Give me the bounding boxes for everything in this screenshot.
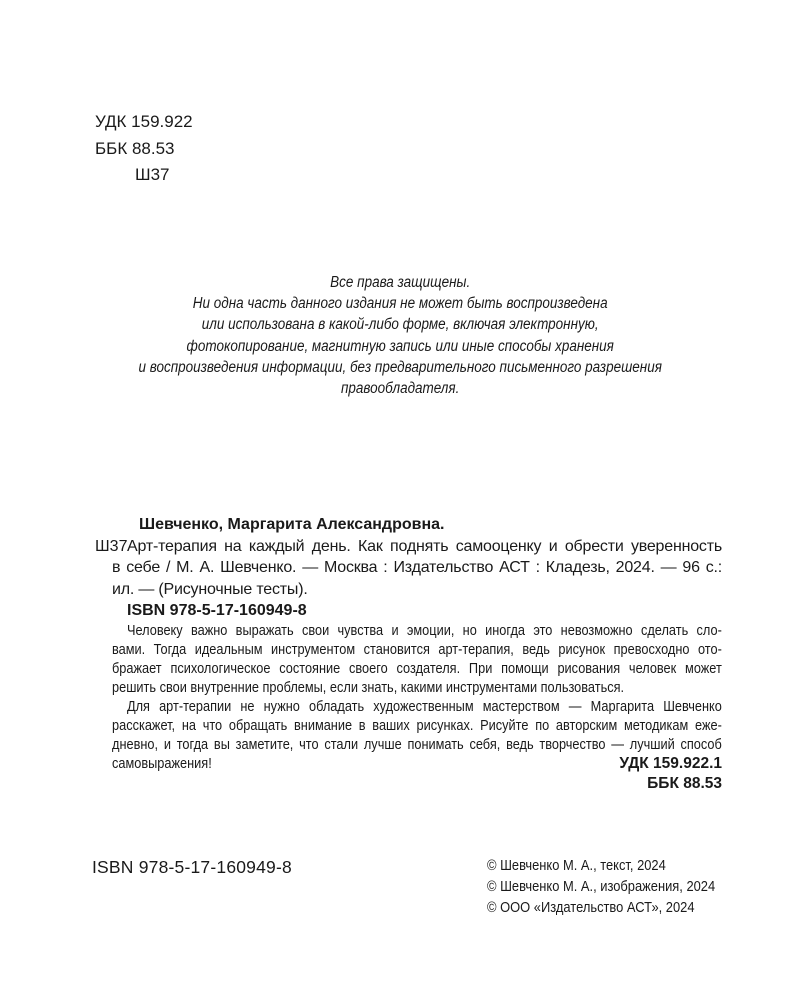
rights-line: Ни одна часть данного издания не может б… (0, 293, 800, 314)
bbk-code: ББК 88.53 (95, 136, 193, 163)
copyright-notices: © Шевченко М. А., текст, 2024 © Шевченко… (487, 856, 772, 918)
annotation-line: решить свои внутренние проблемы, если зн… (112, 679, 722, 698)
annotation-line: Для арт-терапии не нужно обладать художе… (112, 698, 722, 717)
rights-line: фотокопирование, магнитную запись или ин… (0, 336, 800, 357)
copyright-line: © ООО «Издательство АСТ», 2024 (487, 898, 772, 919)
rights-notice: Все права защищены. Ни одна часть данног… (0, 272, 800, 399)
udc-code: УДК 159.922 (95, 109, 193, 136)
udc-code: УДК 159.922.1 (619, 754, 722, 774)
annotation-line: расскажет, на что обращать внимание в ва… (112, 717, 722, 736)
bbk-code: ББК 88.53 (619, 774, 722, 794)
rights-line: Все права защищены. (0, 272, 800, 293)
annotation: Человеку важно выражать свои чувства и э… (112, 622, 722, 774)
bibliographic-title-line: ил. — (Рисуночные тесты). (112, 579, 722, 601)
copyright-line: © Шевченко М. А., текст, 2024 (487, 856, 772, 877)
classification-codes-right: УДК 159.922.1 ББК 88.53 (619, 754, 722, 793)
classification-codes: УДК 159.922 ББК 88.53 Ш37 (95, 109, 193, 189)
author-sign-code: Ш37 (95, 536, 127, 558)
annotation-line: вами. Тогда идеальным инструментом стано… (112, 641, 722, 660)
author-heading: Шевченко, Маргарита Александровна. (112, 514, 722, 536)
rights-line: правообладателя. (0, 378, 800, 399)
annotation-line: бражает психологическое состояние своего… (112, 660, 722, 679)
copyright-line: © Шевченко М. А., изображения, 2024 (487, 877, 772, 898)
annotation-line: Человеку важно выражать свои чувства и э… (112, 622, 722, 641)
author-sign-code: Ш37 (95, 162, 193, 189)
rights-line: и воспроизведения информации, без предва… (0, 357, 800, 378)
isbn-number: ISBN 978-5-17-160949-8 (92, 856, 292, 878)
book-copyright-page: УДК 159.922 ББК 88.53 Ш37 Все права защи… (0, 0, 800, 1000)
rights-line: или использована в какой-либо форме, вкл… (0, 314, 800, 335)
bibliographic-title-line: в себе / М. А. Шевченко. — Москва : Изда… (112, 557, 722, 579)
catalog-card: Шевченко, Маргарита Александровна. Ш37 А… (112, 514, 722, 774)
bibliographic-title-line: Арт-терапия на каждый день. Как поднять … (112, 536, 722, 558)
isbn-number: ISBN 978-5-17-160949-8 (112, 600, 722, 622)
annotation-line: дневно, и тогда вы заметите, что стали л… (112, 736, 722, 755)
